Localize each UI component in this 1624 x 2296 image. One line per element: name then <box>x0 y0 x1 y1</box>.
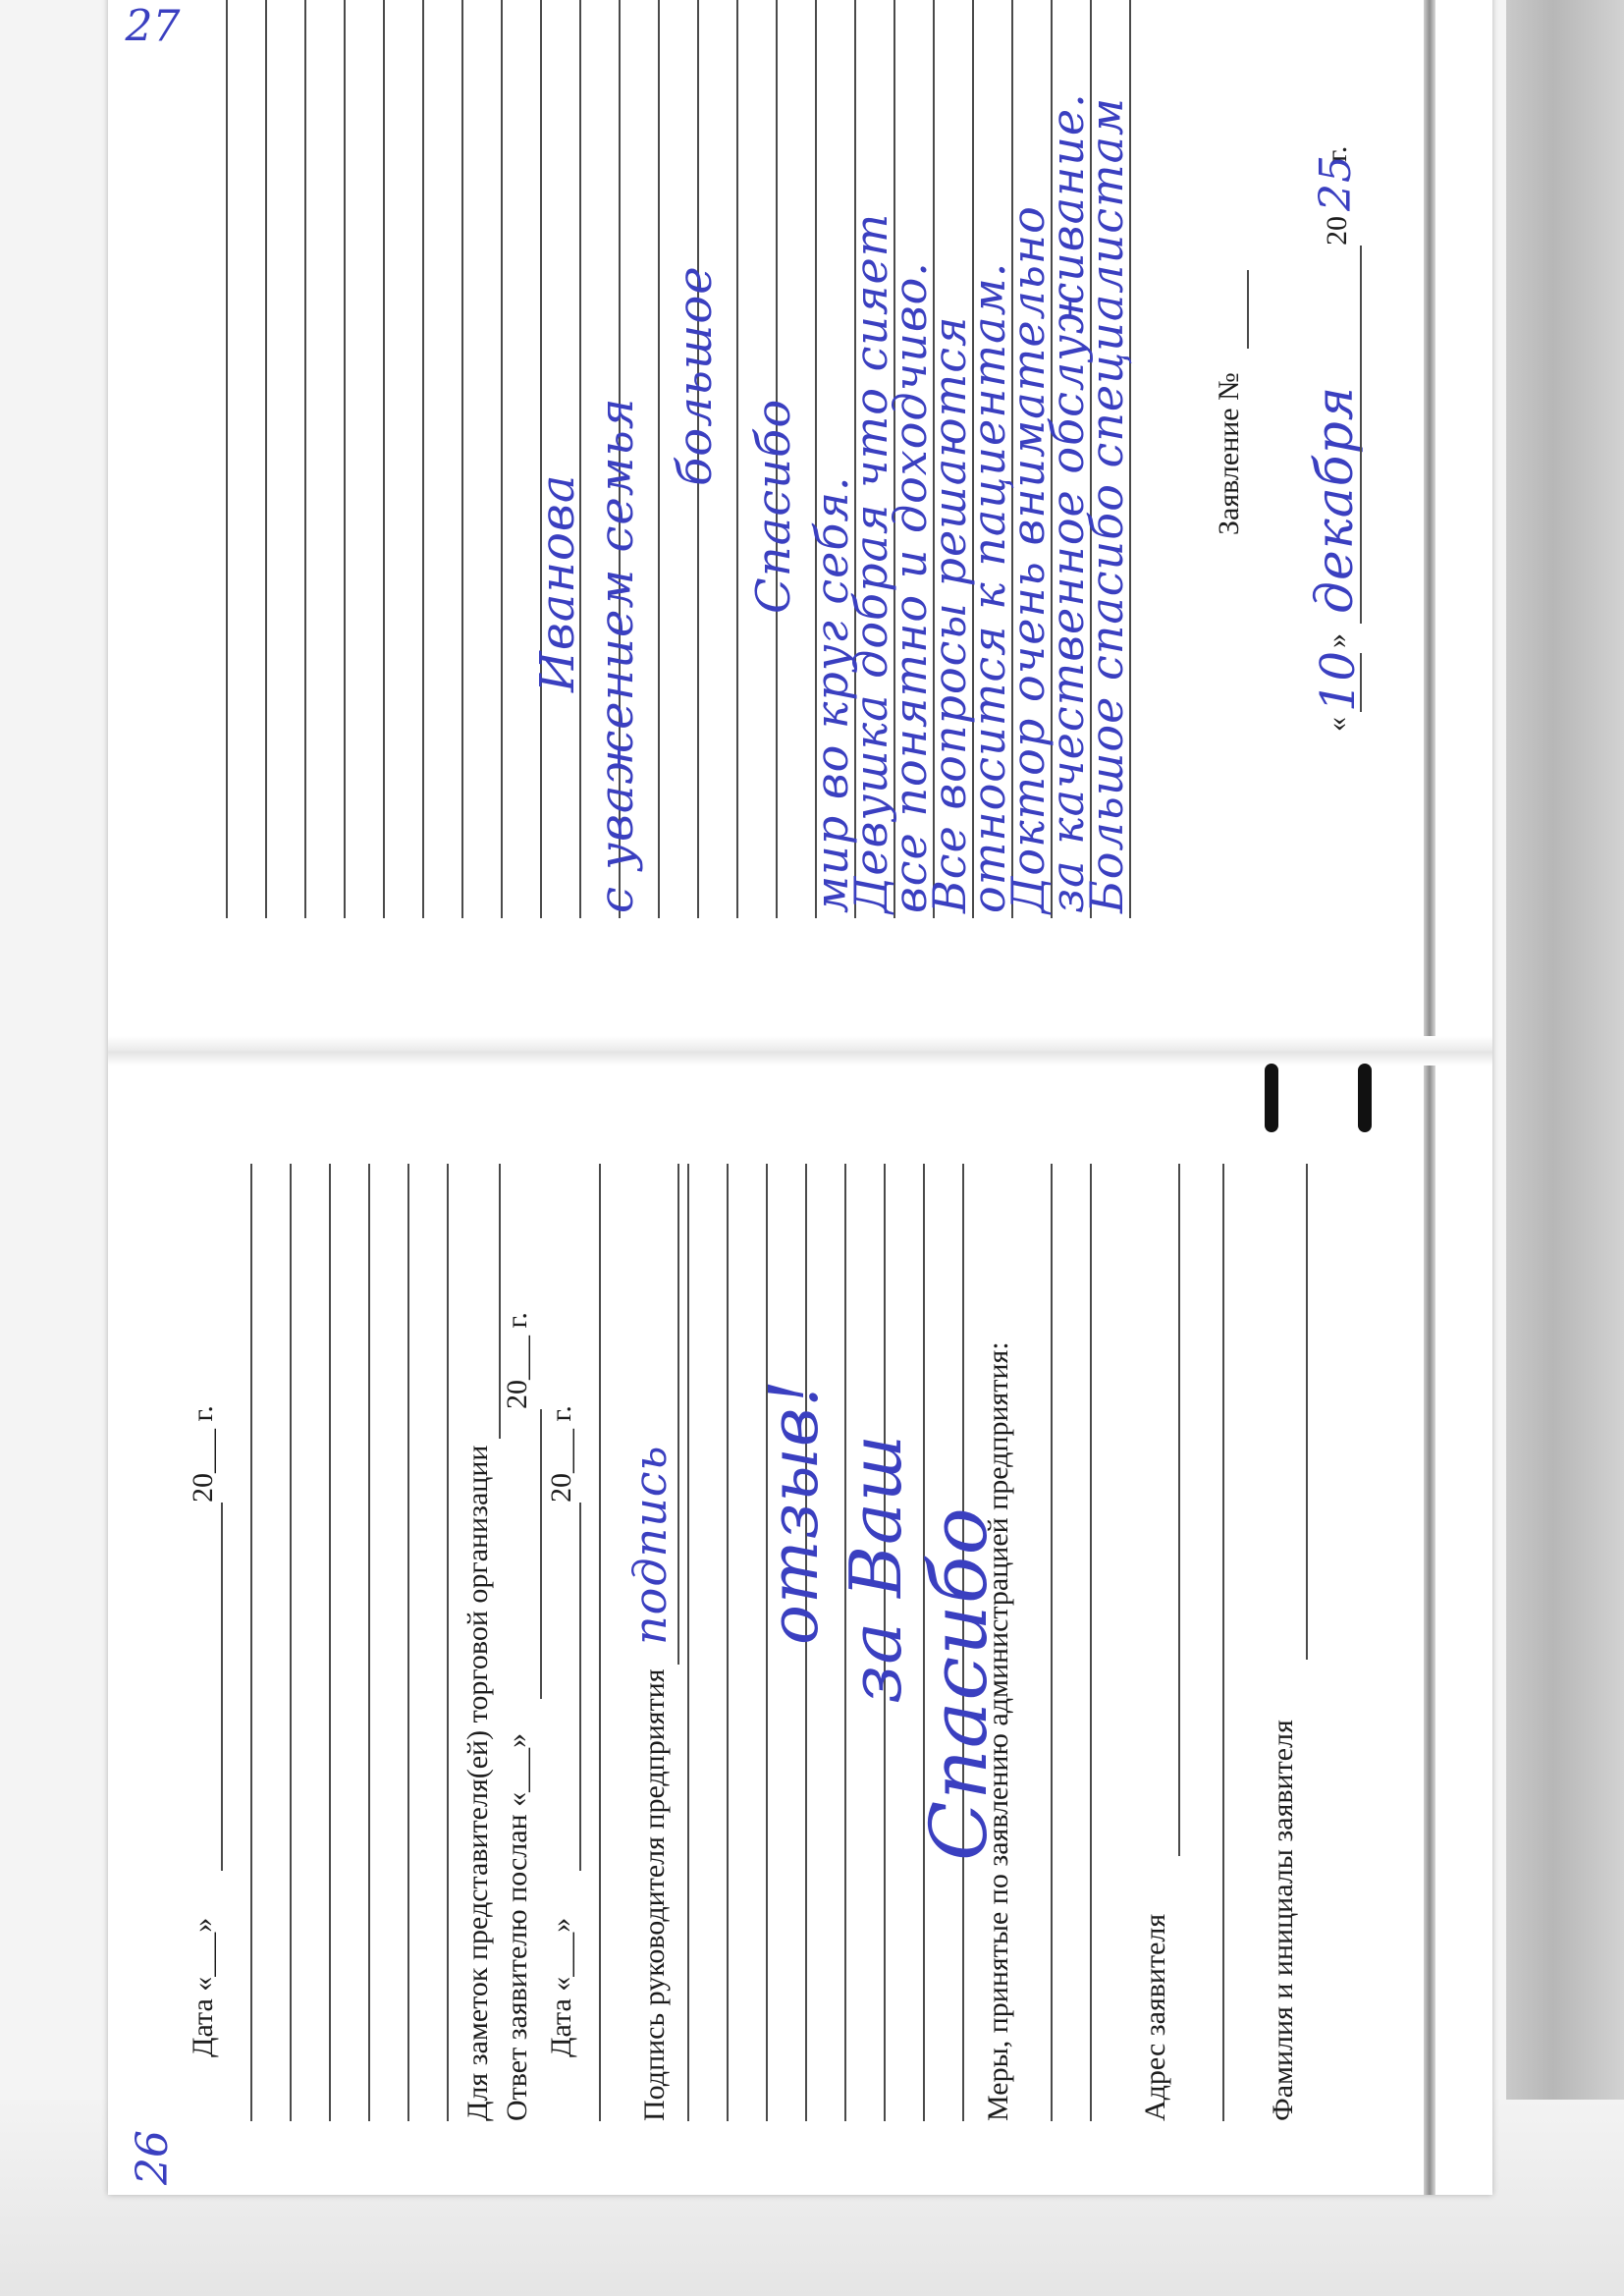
date-open-quote: « <box>1321 717 1354 732</box>
head-signature: подпись <box>623 1445 677 1645</box>
measures-line[interactable] <box>727 1164 729 2121</box>
date-day-field[interactable] <box>1360 653 1362 712</box>
cover-edge <box>1424 0 1435 2195</box>
statement-text-line: большое <box>668 265 723 486</box>
statement-number-field[interactable] <box>1247 270 1249 349</box>
statement-line[interactable] <box>501 0 503 918</box>
head-signature-field[interactable] <box>677 1164 679 1665</box>
notes-line[interactable] <box>447 1164 449 2121</box>
notes-field[interactable] <box>499 1164 501 1439</box>
date2-field[interactable] <box>221 1503 223 1871</box>
applicant-address-field[interactable] <box>1178 1164 1180 1856</box>
statement-line[interactable] <box>422 0 424 918</box>
date-year-unit: г. <box>1321 146 1354 162</box>
head-signature-label: Подпись руководителя предприятия <box>638 1668 672 2121</box>
statement-number-label: Заявление № <box>1213 372 1246 535</box>
applicant-address-label: Адрес заявителя <box>1139 1914 1172 2121</box>
date-day: 10 <box>1311 650 1366 712</box>
reply-sent-field[interactable] <box>540 1409 542 1699</box>
page-number-left: 26 <box>128 2130 178 2185</box>
statement-text-line: с уважением семья <box>589 398 644 914</box>
statement-text-line: Спасибо <box>746 399 801 614</box>
reply-sent-label: Ответ заявителю послан «___» <box>501 1733 534 2121</box>
reply-sent-year: 20___ г. <box>501 1312 534 1409</box>
statement-line[interactable] <box>579 0 581 918</box>
date-year: 20___ г. <box>545 1405 578 1503</box>
date-field[interactable] <box>579 1503 581 1871</box>
notes-line[interactable] <box>368 1164 370 2121</box>
statement-line[interactable] <box>344 0 346 918</box>
journal-spread: Фамилия и инициалы заявителя Адрес заяви… <box>108 0 1492 2195</box>
date-year-handwritten: 25 <box>1311 154 1361 211</box>
date-label: Дата «___» <box>545 1918 578 2057</box>
notes-line[interactable] <box>329 1164 331 2121</box>
book-spine <box>108 1036 1492 1066</box>
date2-label: Дата «___» <box>187 1918 220 2057</box>
page-number-right: 27 <box>126 2 181 52</box>
notes-label: Для заметок представителя(ей) торговой о… <box>461 1446 495 2121</box>
applicant-name-field-line2[interactable] <box>1222 1164 1224 2121</box>
applicant-name-label: Фамилия и инициалы заявителя <box>1267 1720 1300 2121</box>
statement-text-line: мир во круг себя. <box>805 475 858 913</box>
left-page: Фамилия и инициалы заявителя Адрес заяви… <box>108 1066 1424 2195</box>
statement-line[interactable] <box>383 0 385 918</box>
statement-line[interactable] <box>658 0 660 918</box>
date2-year: 20___ г. <box>187 1405 220 1503</box>
statement-text-line: Иванова <box>530 474 585 692</box>
date-year-prefix: 20 <box>1321 216 1354 246</box>
applicant-address-field-line3[interactable] <box>1051 1164 1053 2121</box>
applicant-name-field[interactable] <box>1306 1164 1308 1660</box>
notes-line[interactable] <box>290 1164 292 2121</box>
statement-line[interactable] <box>461 0 463 918</box>
notes-line[interactable] <box>250 1164 252 2121</box>
right-page: « 10 » декабря 20 25 г. Заявление № <box>108 0 1424 1036</box>
measures-handwriting-2: за Ваш <box>835 1434 917 1704</box>
measures-line[interactable] <box>687 1164 689 2121</box>
statement-line[interactable] <box>736 0 738 918</box>
date-month: декабря <box>1306 386 1365 614</box>
statement-line[interactable] <box>304 0 306 918</box>
measures-handwriting-1: Спасибо <box>913 1506 1004 1861</box>
statement-line[interactable] <box>226 0 228 918</box>
scanner-edge <box>1506 0 1624 2296</box>
date-month-field[interactable] <box>1360 246 1362 624</box>
measures-handwriting-3: отзыв! <box>756 1379 834 1645</box>
head-signature-line2[interactable] <box>599 1164 601 2121</box>
date-close-quote: » <box>1321 633 1354 648</box>
statement-line[interactable] <box>540 0 542 918</box>
applicant-address-field-line2[interactable] <box>1090 1164 1092 2121</box>
notes-line[interactable] <box>407 1164 409 2121</box>
statement-line[interactable] <box>265 0 267 918</box>
